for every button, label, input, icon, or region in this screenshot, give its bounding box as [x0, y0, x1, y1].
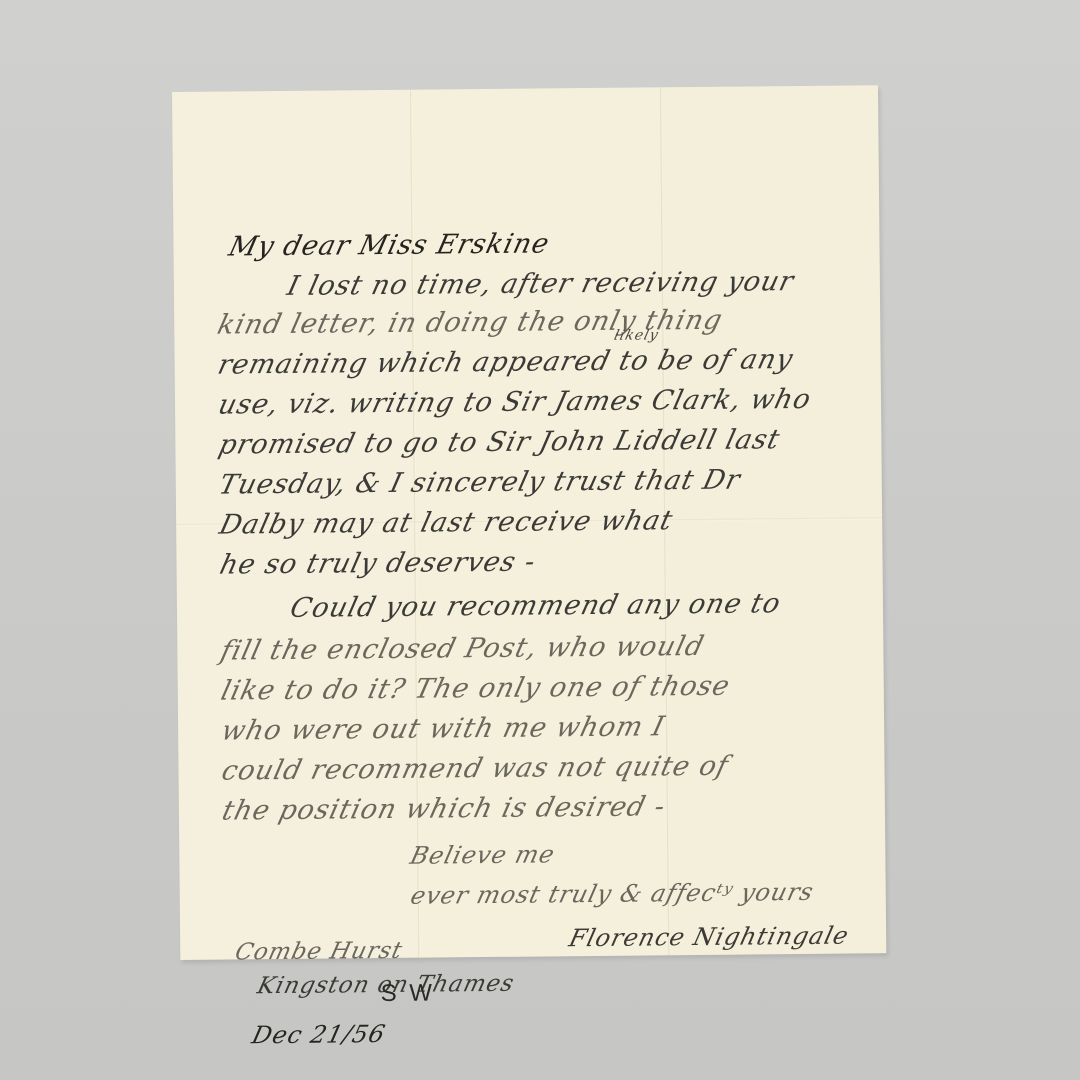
body-line: the position which is desired -	[219, 791, 669, 826]
closing-line: Believe me	[407, 840, 557, 869]
signature: Florence Nightingale	[566, 922, 852, 953]
letter-paper: My dear Miss Erskine I lost no time, aft…	[172, 85, 886, 960]
body-line: could recommend was not quite of	[219, 751, 732, 787]
body-line: I lost no time, after receiving your	[284, 266, 797, 302]
body-line: like to do it? The only one of those	[218, 671, 733, 707]
salutation: My dear Miss Erskine	[226, 228, 553, 262]
body-line: promised to go to Sir John Liddell last	[216, 424, 784, 460]
body-line: who were out with me whom I	[218, 711, 668, 746]
closing-line: ever most truly & affecᵗʸ yours	[408, 878, 817, 910]
body-line: he so truly deserves -	[217, 546, 539, 580]
body-line: use, viz. writing to Sir James Clark, wh…	[215, 384, 814, 421]
letter-date: Dec 21/56	[249, 1020, 388, 1049]
body-line: Could you recommend any one to	[287, 588, 784, 624]
interlinear-insertion: likely	[612, 327, 660, 343]
body-line: Tuesday, & I sincerely trust that Dr	[216, 465, 744, 501]
address-district: S W	[381, 980, 436, 1009]
address-line: Combe Hurst	[232, 938, 405, 966]
body-line: fill the enclosed Post, who would	[218, 631, 708, 667]
body-line: Dalby may at last receive what	[216, 505, 676, 540]
body-line: remaining which appeared to be of any	[215, 344, 797, 381]
